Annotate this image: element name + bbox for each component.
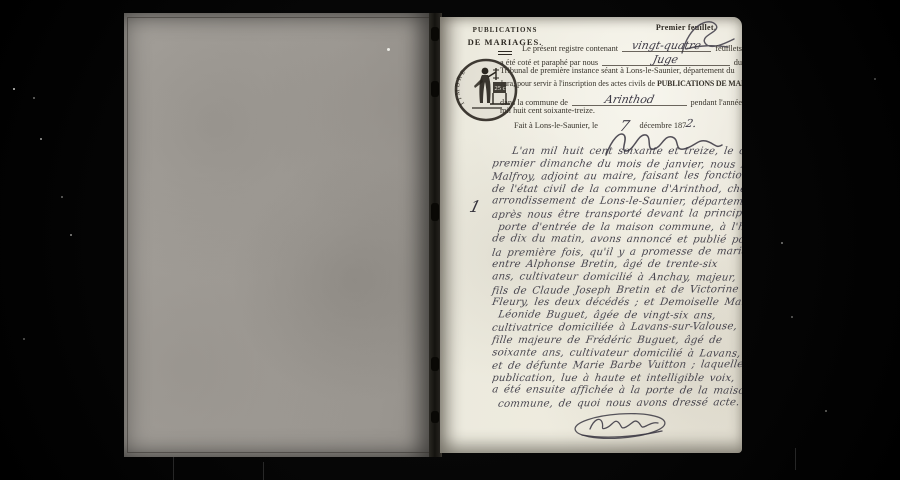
scan-background: PUBLICATIONS DE MARIAGES. Premier feuill… [0,0,900,480]
film-scratch [173,456,174,480]
fill-blank-line: Arinthod [572,92,687,106]
preamble-line-6: mil huit cent soixante-treize. [500,106,742,115]
binding-stitch [431,357,439,371]
blank-left-page [124,13,432,457]
handwritten-commune-name: Arinthod [603,93,655,106]
act-entry-number: 1 [468,197,483,216]
handwritten-officer-title: Juge [652,53,680,66]
preamble-line-4: Jura, pour servir à l'inscription des ac… [500,79,742,88]
film-scratch [263,462,264,480]
handwritten-act-body: L'an mil huit cent soixante et treize, l… [492,146,742,410]
act-text-line: publication, lue à haute et intelligible… [491,373,742,386]
binding-stitch [431,81,439,97]
masthead-line1: PUBLICATIONS [462,26,548,34]
handwritten-sheet-count: vingt-quatre [631,39,703,52]
fill-blank-line: Juge [602,52,730,66]
dust-specks [13,88,15,90]
act-text-line: de dix du matin, avons annoncé et publié… [491,233,742,247]
act-text-line: entre Alphonse Bretin, âgé de trente-six [491,259,742,272]
printed-text: mil huit cent soixante-treize. [500,106,595,115]
preamble-line-2: a été coté et paraphé par nous Juge du [500,52,742,67]
binding-stitch [431,27,439,41]
act-text-line: de l'état civil de la commune d'Arinthod… [491,184,742,197]
preamble-line-5: dans la commune de Arinthod pendant l'an… [500,92,742,107]
film-scratch [795,448,796,470]
printed-text: Fait à Lons-le-Saunier, le [514,121,598,130]
page-border-rule [127,17,430,453]
act-text-line: fils de Claude Joseph Bretin et de Victo… [491,284,742,298]
act-text-line: cultivatrice domiciliée à Lavans-sur-Val… [491,321,742,335]
paper-speck [387,48,390,51]
binding-stitch [431,203,439,221]
act-text-line: et de défunte Marie Barbe Vuitton ; laqu… [491,359,742,373]
printed-text-bold: PUBLICATIONS DE MARIAGES [657,79,742,88]
act-text-line: ans, cultivateur domicilié à Anchay, maj… [491,271,742,285]
act-text-line: Fleury, les deux décédés ; et Demoiselle… [491,297,742,310]
act-text-line: fille majeure de Frédéric Buguet, âgé de [491,335,742,348]
fill-blank-line: vingt-quatre [622,38,711,52]
printed-text: Jura, pour servir à l'inscription des ac… [500,79,655,88]
act-text-line: après nous être transporté devant la pri… [491,208,742,222]
act-text-line: L'an mil huit cent soixante et treize, l… [511,146,742,159]
preamble-line-3: Tribunal de première instance séant à Lo… [500,66,742,75]
act-text-line: Malfroy, adjoint au maire, faisant les f… [491,170,742,184]
preamble-line-1: Le présent registre contenant vingt-quat… [522,38,742,53]
act-text-line: porte d'entrée de la maison commune, à l… [497,222,742,235]
binding-stitch [431,411,439,423]
register-recto-page: PUBLICATIONS DE MARIAGES. Premier feuill… [440,17,742,453]
mayor-adjoint-signature [570,409,674,445]
printed-text: Tribunal de première instance séant à Lo… [500,66,735,75]
